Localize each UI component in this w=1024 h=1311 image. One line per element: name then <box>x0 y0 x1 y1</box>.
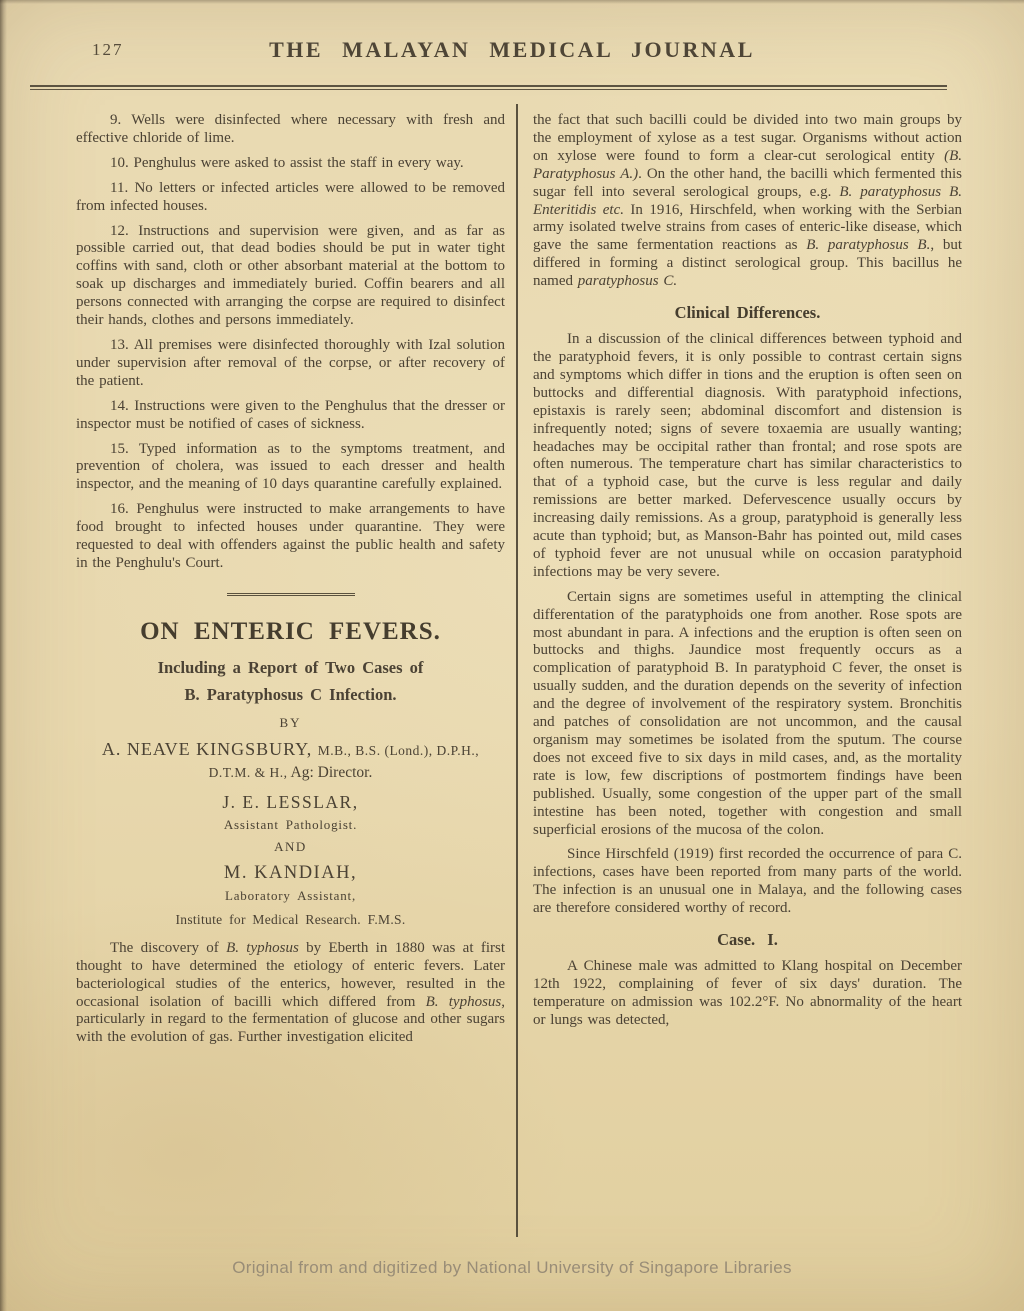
author-kingsbury-name: A. NEAVE KINGSBURY, <box>102 739 312 759</box>
numbered-paragraph-10: 10. Penghulus were asked to assist the s… <box>76 155 505 173</box>
case-1-paragraph: A Chinese male was admitted to Klang hos… <box>533 958 962 1030</box>
column-divider-rule <box>516 104 518 1237</box>
numbered-paragraph-15: 15. Typed information as to the symptoms… <box>76 441 505 495</box>
digitization-credit: Original from and digitized by National … <box>0 1258 1024 1278</box>
journal-page: 127 THE MALAYAN MEDICAL JOURNAL 9. Wells… <box>0 0 1024 1311</box>
since-hirschfeld-paragraph: Since Hirschfeld (1919) first recorded t… <box>533 846 962 918</box>
author-kingsbury: A. NEAVE KINGSBURY, M.B., B.S. (Lond.), … <box>76 739 505 760</box>
author-kingsbury-role: Ag: Director. <box>291 764 373 781</box>
header-double-rule <box>30 85 947 90</box>
numbered-paragraph-16: 16. Penghulus were instructed to make ar… <box>76 501 505 573</box>
authors-conjunction: AND <box>76 839 505 855</box>
author-kingsbury-degrees: M.B., B.S. (Lond.), D.P.H., <box>318 743 479 758</box>
clinical-differences-heading: Clinical Differences. <box>533 303 962 323</box>
author-kandiah-name: M. KANDIAH, <box>76 863 505 884</box>
article-subtitle-line2: B. Paratyphosus C Infection. <box>76 685 505 705</box>
clinical-paragraph-2: Certain signs are sometimes useful in at… <box>533 589 962 840</box>
author-lesslar-name: J. E. LESSLAR, <box>76 792 505 813</box>
institution-line: Institute for Medical Research. F.M.S. <box>76 912 505 928</box>
journal-title: THE MALAYAN MEDICAL JOURNAL <box>0 37 1024 63</box>
numbered-paragraph-9: 9. Wells were disinfected where necessar… <box>76 112 505 148</box>
clinical-paragraph-1: In a discussion of the clinical differen… <box>533 331 962 582</box>
byline-label: BY <box>76 715 505 731</box>
scan-edge-top <box>0 0 1024 4</box>
numbered-paragraph-11: 11. No letters or infected articles were… <box>76 180 505 216</box>
author-kandiah-role: Laboratory Assistant, <box>76 888 505 904</box>
article-divider-rule <box>227 593 355 596</box>
numbered-paragraph-14: 14. Instructions were given to the Pengh… <box>76 398 505 434</box>
numbered-paragraph-13: 13. All premises were disinfected thorou… <box>76 337 505 391</box>
author-lesslar-role: Assistant Pathologist. <box>76 817 505 833</box>
article-title: ON ENTERIC FEVERS. <box>76 618 505 646</box>
right-column: the fact that such bacilli could be divi… <box>533 112 962 1037</box>
article-subtitle-line1: Including a Report of Two Cases of <box>76 658 505 678</box>
intro-paragraph: The discovery of B. typhosus by Eberth i… <box>76 940 505 1047</box>
case-1-heading: Case. I. <box>533 930 962 950</box>
numbered-paragraph-12: 12. Instructions and supervision were gi… <box>76 223 505 330</box>
author-kingsbury-degrees2: D.T.M. & H., <box>209 765 288 780</box>
scan-edge-left <box>0 0 7 1311</box>
continuation-paragraph: the fact that such bacilli could be divi… <box>533 112 962 291</box>
left-column: 9. Wells were disinfected where necessar… <box>76 112 505 1054</box>
author-kingsbury-role-line: D.T.M. & H., Ag: Director. <box>76 764 505 782</box>
